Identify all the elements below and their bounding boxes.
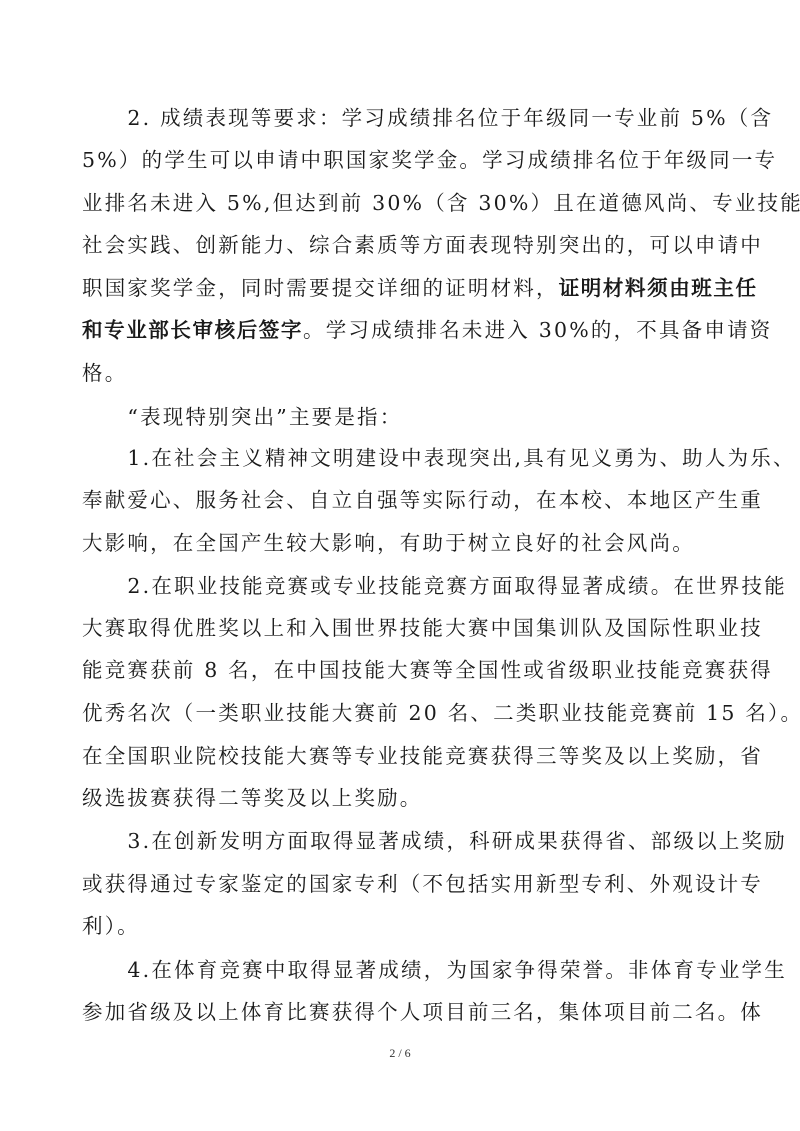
text-line: 级选拔赛获得二等奖及以上奖励。 (82, 785, 722, 811)
text-line: 大赛取得优胜奖以上和入围世界技能大赛中国集训队及国际性职业技 (82, 615, 722, 641)
text-line: 大影响，在全国产生较大影响，有助于树立良好的社会风尚。 (82, 530, 722, 556)
text-span: 职国家奖学金，同时需要提交详细的证明材料， (82, 276, 559, 300)
text-line: 2. 成绩表现等要求：学习成绩排名位于年级同一专业前 5%（含 (82, 105, 722, 131)
text-line: 在全国职业院校技能大赛等专业技能竞赛获得三等奖及以上奖励，省 (82, 743, 722, 769)
text-line: 5%）的学生可以申请中职国家奖学金。学习成绩排名位于年级同一专 (82, 147, 722, 173)
text-line: 利）。 (82, 913, 722, 939)
text-line: 1.在社会主义精神文明建设中表现突出,具有见义勇为、助人为乐、 (82, 445, 722, 471)
text-line: 4.在体育竞赛中取得显著成绩，为国家争得荣誉。非体育专业学生 (82, 957, 722, 983)
text-line: 参加省级及以上体育比赛获得个人项目前三名，集体项目前二名。体 (82, 999, 722, 1025)
text-line: 和专业部长审核后签字。学习成绩排名未进入 30%的，不具备申请资 (82, 317, 722, 343)
text-line: 职国家奖学金，同时需要提交详细的证明材料，证明材料须由班主任 (82, 275, 722, 301)
text-line: 优秀名次（一类职业技能大赛前 20 名、二类职业技能竞赛前 15 名）。 (82, 700, 722, 726)
section-heading: “表现特别突出”主要是指： (82, 404, 722, 430)
page-number: 2 / 6 (0, 1046, 800, 1061)
text-line: 业排名未进入 5%,但达到前 30%（含 30%）且在道德风尚、专业技能、 (82, 190, 722, 216)
text-line: 社会实践、创新能力、综合素质等方面表现特别突出的，可以申请中 (82, 232, 722, 258)
text-line: 3.在创新发明方面取得显著成绩，科研成果获得省、部级以上奖励 (82, 828, 722, 854)
text-line: 格。 (82, 360, 722, 386)
bold-emphasis: 和专业部长审核后签字 (82, 318, 303, 342)
text-span: 。学习成绩排名未进入 30%的，不具备申请资 (303, 318, 772, 342)
text-line: 2.在职业技能竞赛或专业技能竞赛方面取得显著成绩。在世界技能 (82, 573, 722, 599)
text-line: 能竞赛获前 8 名，在中国技能大赛等全国性或省级职业技能竞赛获得 (82, 657, 722, 683)
text-line: 或获得通过专家鉴定的国家专利（不包括实用新型专利、外观设计专 (82, 871, 722, 897)
bold-emphasis: 证明材料须由班主任 (559, 276, 758, 300)
text-line: 奉献爱心、服务社会、自立自强等实际行动，在本校、本地区产生重 (82, 487, 722, 513)
